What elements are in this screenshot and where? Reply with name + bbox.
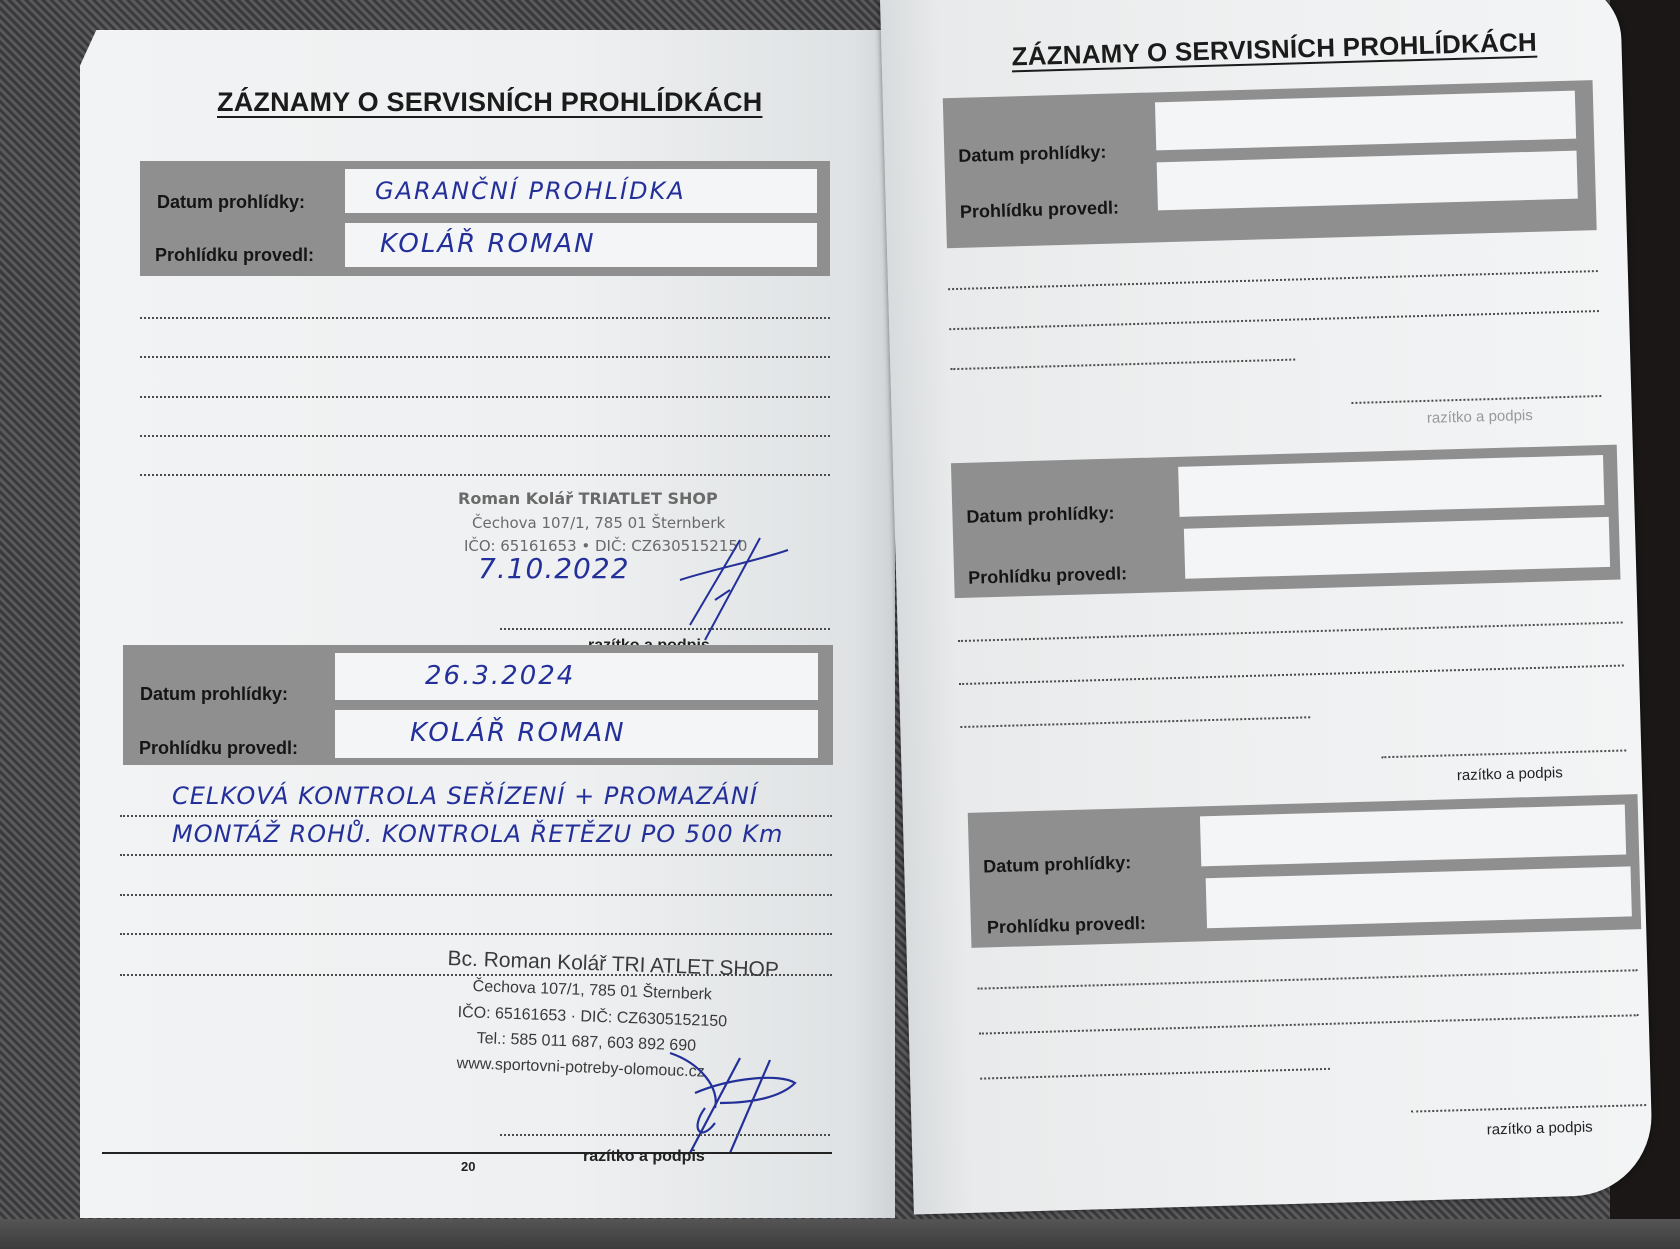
date-label: Datum prohlídky: bbox=[140, 684, 288, 705]
right-page: ZÁZNAMY O SERVISNÍCH PROHLÍDKÁCH Datum p… bbox=[880, 0, 1654, 1215]
notes-line bbox=[140, 356, 830, 358]
date-value: 26.3.2024 bbox=[425, 661, 575, 691]
notes-line bbox=[140, 396, 830, 398]
notes-line bbox=[980, 1068, 1330, 1080]
inspection-form-b: Datum prohlídky: Prohlídku provedl: bbox=[951, 445, 1621, 599]
signature-line bbox=[1381, 749, 1626, 758]
signature-line bbox=[1411, 1104, 1646, 1113]
notes-line bbox=[949, 310, 1599, 330]
technician-field[interactable] bbox=[1157, 151, 1578, 211]
date-label: Datum prohlídky: bbox=[157, 192, 305, 213]
service-note-1: CELKOVÁ KONTROLA SEŘÍZENÍ + PROMAZÁNÍ bbox=[172, 782, 758, 810]
notes-line bbox=[140, 435, 830, 437]
technician-field[interactable]: KOLÁŘ ROMAN bbox=[345, 223, 817, 267]
signature-caption: razítko a podpis bbox=[1427, 407, 1533, 427]
date-field[interactable] bbox=[1178, 455, 1604, 517]
signature-caption: razítko a podpis bbox=[1487, 1119, 1593, 1139]
inspection-form-2: Datum prohlídky: 26.3.2024 Prohlídku pro… bbox=[123, 645, 833, 765]
page-title: ZÁZNAMY O SERVISNÍCH PROHLÍDKÁCH bbox=[217, 87, 762, 118]
notes-line bbox=[120, 854, 832, 856]
notes-line bbox=[960, 716, 1310, 728]
notes-line bbox=[120, 815, 832, 817]
signature-caption: razítko a podpis bbox=[1457, 764, 1563, 784]
date-field[interactable]: GARANČNÍ PROHLÍDKA bbox=[345, 169, 817, 213]
footer-rule bbox=[102, 1152, 832, 1154]
notes-line bbox=[120, 894, 832, 896]
technician-label: Prohlídku provedl: bbox=[968, 563, 1128, 588]
handwritten-date: 7.10.2022 bbox=[478, 552, 630, 585]
date-label: Datum prohlídky: bbox=[958, 142, 1107, 167]
notes-line bbox=[950, 359, 1295, 371]
shop-stamp-name: Roman Kolář TRIATLET SHOP bbox=[458, 489, 718, 508]
technician-field[interactable]: KOLÁŘ ROMAN bbox=[335, 710, 818, 758]
page-title: ZÁZNAMY O SERVISNÍCH PROHLÍDKÁCH bbox=[1011, 27, 1537, 73]
page-number: 20 bbox=[461, 1159, 475, 1174]
signature-line bbox=[1351, 395, 1601, 404]
signature-caption: razítko a podpis bbox=[583, 1148, 705, 1166]
shop-stamp-ids: IČO: 65161653 · DIČ: CZ6305152150 bbox=[457, 1004, 727, 1031]
technician-value: KOLÁŘ ROMAN bbox=[410, 718, 626, 748]
inspection-form-1: Datum prohlídky: GARANČNÍ PROHLÍDKA Proh… bbox=[140, 161, 830, 276]
notes-line bbox=[979, 1014, 1639, 1034]
left-page: ZÁZNAMY O SERVISNÍCH PROHLÍDKÁCH Datum p… bbox=[80, 30, 895, 1218]
fabric-background-bottom bbox=[0, 1219, 1680, 1249]
notes-line bbox=[120, 933, 832, 935]
signature-line bbox=[500, 1134, 830, 1136]
technician-field[interactable] bbox=[1184, 517, 1610, 579]
date-field[interactable] bbox=[1155, 91, 1576, 151]
date-field[interactable]: 26.3.2024 bbox=[335, 653, 818, 700]
technician-field[interactable] bbox=[1206, 866, 1632, 928]
technician-value: KOLÁŘ ROMAN bbox=[380, 229, 596, 259]
date-field[interactable] bbox=[1200, 805, 1626, 867]
notes-line bbox=[959, 664, 1624, 685]
signature-icon bbox=[660, 1048, 800, 1158]
technician-label: Prohlídku provedl: bbox=[960, 197, 1120, 222]
service-note-2: MONTÁŽ ROHŮ. KONTROLA ŘETĚZU PO 500 Km bbox=[172, 820, 783, 848]
technician-label: Prohlídku provedl: bbox=[987, 913, 1147, 938]
technician-label: Prohlídku provedl: bbox=[139, 738, 298, 759]
notes-line bbox=[958, 622, 1623, 643]
notes-line bbox=[948, 270, 1598, 290]
date-label: Datum prohlídky: bbox=[983, 852, 1132, 877]
inspection-form-a: Datum prohlídky: Prohlídku provedl: bbox=[943, 80, 1597, 248]
shop-stamp-address: Čechova 107/1, 785 01 Šternberk bbox=[472, 978, 712, 1004]
notes-line bbox=[140, 474, 830, 476]
date-label: Datum prohlídky: bbox=[966, 503, 1115, 528]
signature-line bbox=[500, 628, 830, 630]
notes-line bbox=[140, 317, 830, 319]
inspection-form-c: Datum prohlídky: Prohlídku provedl: bbox=[968, 794, 1642, 948]
date-value: GARANČNÍ PROHLÍDKA bbox=[375, 177, 686, 205]
technician-label: Prohlídku provedl: bbox=[155, 245, 314, 266]
shop-stamp-name: Bc. Roman Kolář TRI ATLET SHOP bbox=[447, 947, 779, 983]
notes-line bbox=[978, 969, 1638, 989]
